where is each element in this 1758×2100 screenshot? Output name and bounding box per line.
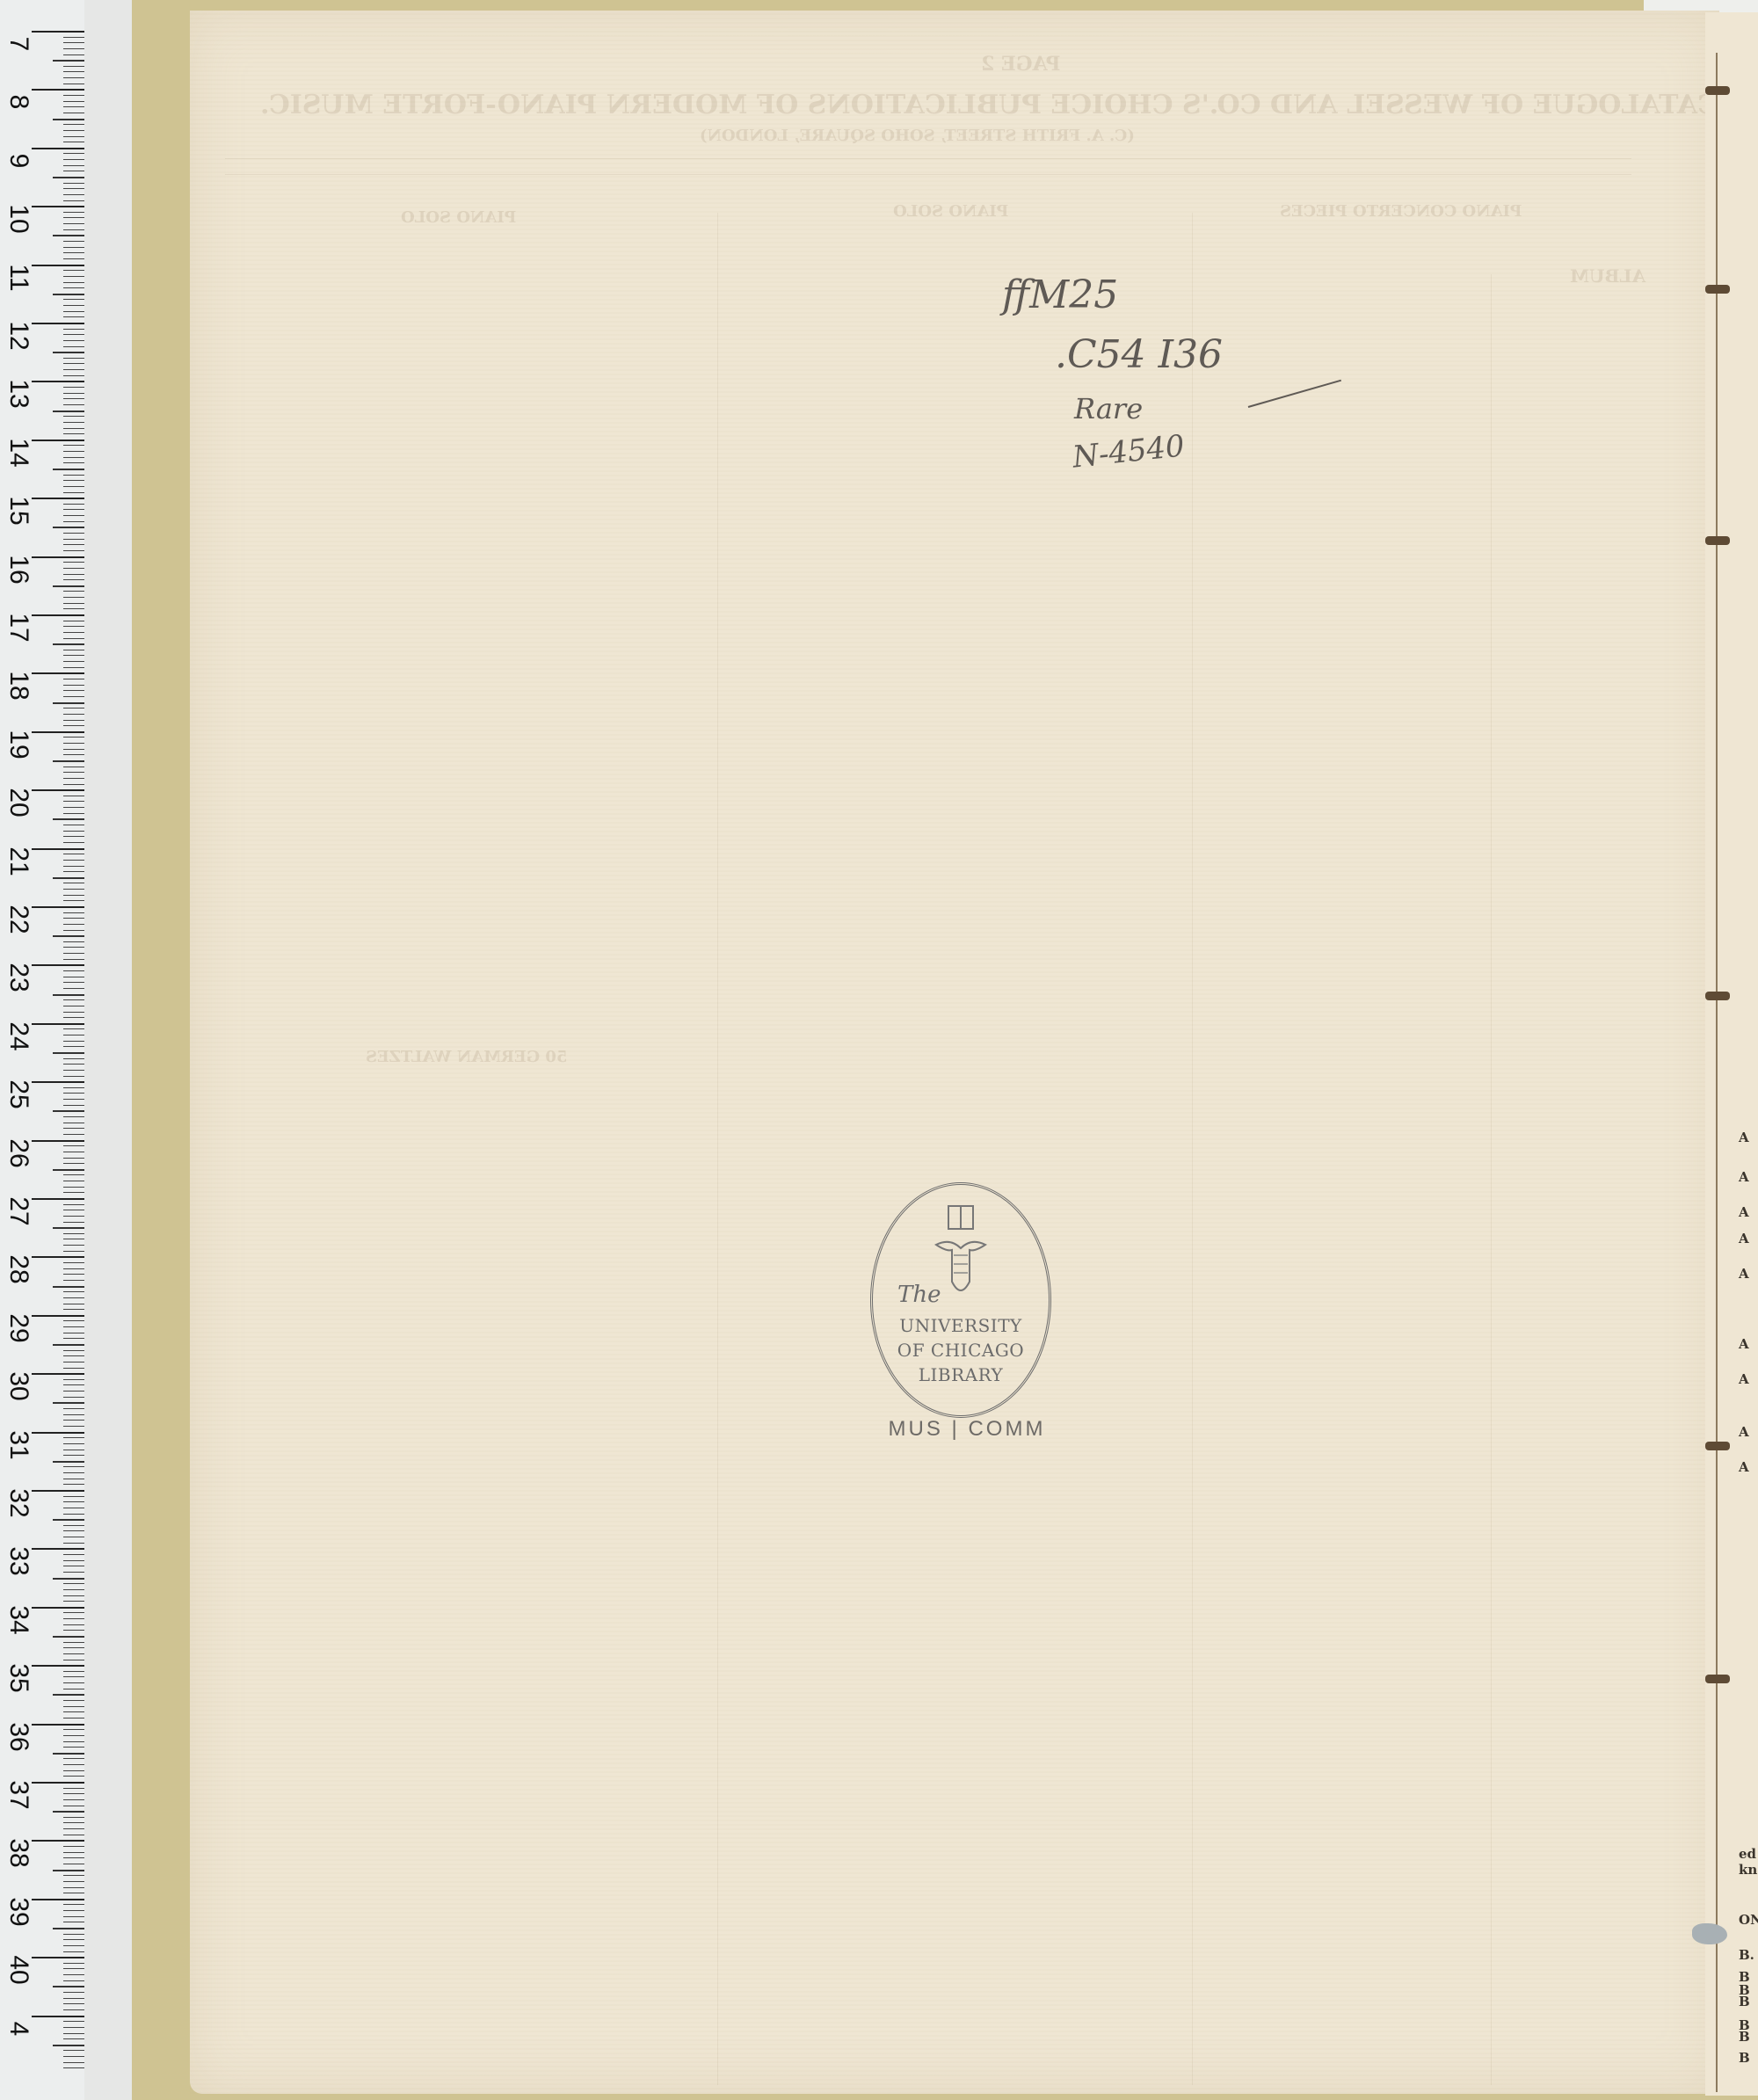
ruler-minor-tick	[63, 1233, 84, 1234]
ruler-minor-tick	[63, 106, 84, 107]
ruler-minor-tick	[63, 1910, 84, 1911]
ruler-minor-tick	[63, 1239, 84, 1239]
bleed-col3-heading: PIANO CONCERTO PIECES	[1280, 202, 1522, 221]
staple-icon	[1705, 86, 1730, 95]
stamp-library-text: LIBRARY	[873, 1364, 1049, 1385]
ruler-major-tick	[32, 906, 84, 908]
ruler-major-tick	[32, 148, 84, 149]
ruler-minor-tick	[63, 153, 84, 154]
ruler-minor-tick	[63, 445, 84, 446]
ruler-minor-tick	[63, 1980, 84, 1981]
ruler-minor-tick	[63, 247, 84, 248]
ruler-minor-tick	[63, 737, 84, 738]
adjacent-page-fragment: A	[1739, 1424, 1749, 1440]
ruler-minor-tick	[63, 1479, 84, 1479]
ruler-minor-tick	[63, 626, 84, 627]
call-number-line3: Rare	[1074, 392, 1143, 425]
ruler-minor-tick	[63, 650, 84, 650]
ruler-minor-tick	[63, 772, 84, 773]
ruler-minor-tick	[63, 1857, 84, 1858]
ruler-minor-tick	[63, 767, 84, 767]
ruler-minor-tick	[63, 398, 84, 399]
ruler-number: 12	[4, 321, 33, 351]
ruler-major-tick	[32, 1373, 84, 1375]
ruler-minor-tick	[63, 95, 84, 96]
ruler-minor-tick	[63, 1951, 84, 1952]
ruler-minor-tick	[63, 276, 84, 277]
ruler-minor-tick	[63, 550, 84, 551]
ruler-minor-tick	[63, 1274, 84, 1275]
ruler-major-tick	[32, 964, 84, 966]
staple-icon	[1705, 285, 1730, 294]
ruler-minor-tick	[63, 2009, 84, 2010]
ruler-minor-tick	[63, 854, 84, 854]
ruler-minor-tick	[63, 1192, 84, 1193]
ruler-number: 31	[4, 1430, 33, 1460]
ruler-minor-tick	[63, 217, 84, 218]
ruler-minor-tick	[63, 258, 84, 259]
ruler-minor-tick	[63, 941, 84, 942]
ruler-minor-tick	[63, 1741, 84, 1742]
ruler-minor-tick	[63, 813, 84, 814]
ruler-major-tick	[32, 2016, 84, 2017]
ruler-minor-tick	[63, 1566, 84, 1566]
ruler-minor-tick	[63, 1963, 84, 1964]
ruler-minor-tick	[53, 1986, 84, 1987]
ruler-minor-tick	[63, 305, 84, 306]
ruler-minor-tick	[63, 1514, 84, 1515]
ruler-major-tick	[32, 1081, 84, 1083]
ruler-minor-tick	[53, 818, 84, 820]
ruler-minor-tick	[63, 754, 84, 755]
ruler-minor-tick	[63, 918, 84, 919]
ruler-minor-tick	[53, 119, 84, 120]
ruler-minor-tick	[63, 159, 84, 160]
ruler-minor-tick	[63, 165, 84, 166]
staple-icon	[1705, 1675, 1730, 1683]
ruler-minor-tick	[63, 1041, 84, 1042]
ruler-minor-tick	[63, 1333, 84, 1333]
ruler-minor-tick	[63, 334, 84, 335]
ruler-minor-tick	[63, 212, 84, 213]
ruler-minor-tick	[63, 1554, 84, 1555]
ruler-minor-tick	[63, 252, 84, 253]
binding-spine	[1705, 12, 1758, 2096]
ruler-minor-tick	[53, 702, 84, 704]
ruler-minor-tick	[53, 1227, 84, 1229]
ruler-minor-tick	[63, 1998, 84, 1999]
ruler-minor-tick	[63, 316, 84, 317]
ruler-minor-tick	[53, 1344, 84, 1346]
ruler-minor-tick	[53, 585, 84, 587]
ruler-major-tick	[32, 556, 84, 558]
ruler-minor-tick	[63, 1922, 84, 1922]
ruler-minor-tick	[63, 1793, 84, 1794]
bleed-column-rule	[1192, 213, 1193, 2085]
adjacent-page-fragment: A	[1739, 1169, 1749, 1185]
ruler-minor-tick	[63, 807, 84, 808]
ruler-number: 21	[4, 847, 33, 876]
ruler-number: 18	[4, 671, 33, 701]
ruler-minor-tick	[63, 1530, 84, 1531]
ruler-minor-tick	[63, 2033, 84, 2034]
ruler-minor-tick	[63, 229, 84, 230]
adjacent-page-fragment: kn	[1739, 1862, 1757, 1878]
ruler-major-tick	[32, 1724, 84, 1726]
ruler-minor-tick	[63, 1893, 84, 1893]
ruler-minor-tick	[63, 422, 84, 423]
ruler-minor-tick	[63, 959, 84, 960]
ruler-minor-tick	[63, 1017, 84, 1018]
ruler-minor-tick	[63, 1070, 84, 1071]
ruler-minor-tick	[63, 1163, 84, 1164]
ruler-minor-tick	[63, 223, 84, 224]
ruler-minor-tick	[63, 562, 84, 563]
ruler-number: 4	[4, 2014, 33, 2044]
ruler-number: 16	[4, 555, 33, 585]
ruler-minor-tick	[63, 1776, 84, 1777]
ruler-minor-tick	[63, 369, 84, 370]
ruler-minor-tick	[63, 900, 84, 901]
ruler-minor-tick	[63, 1572, 84, 1573]
ruler-number: 37	[4, 1780, 33, 1810]
ruler-minor-tick	[63, 632, 84, 633]
ruler-number: 34	[4, 1605, 33, 1635]
ruler-major-tick	[32, 498, 84, 499]
ruler-minor-tick	[63, 714, 84, 715]
ruler-minor-tick	[63, 1706, 84, 1707]
ruler-minor-tick	[63, 1881, 84, 1882]
ruler-minor-tick	[63, 574, 84, 575]
adjacent-page-fragment: B	[1739, 2029, 1750, 2045]
ruler-number: 32	[4, 1488, 33, 1518]
ruler-minor-tick	[63, 1046, 84, 1047]
ruler-minor-tick	[63, 1397, 84, 1398]
ruler-minor-tick	[63, 101, 84, 102]
ruler-minor-tick	[63, 130, 84, 131]
ruler-minor-tick	[63, 42, 84, 43]
staple-icon	[1705, 536, 1730, 545]
ruler-number: 25	[4, 1079, 33, 1109]
ruler-major-tick	[32, 1023, 84, 1025]
ruler-minor-tick	[63, 1939, 84, 1940]
measuring-ruler: 7891011121314151617181920212223242526272…	[0, 0, 86, 2100]
ruler-minor-tick	[63, 1508, 84, 1508]
ruler-minor-tick	[63, 433, 84, 434]
ruler-minor-tick	[63, 363, 84, 364]
ruler-major-tick	[32, 1899, 84, 1900]
ruler-minor-tick	[63, 930, 84, 931]
ruler-number: 7	[4, 29, 33, 59]
ruler-minor-tick	[63, 1304, 84, 1304]
ruler-minor-tick	[53, 411, 84, 412]
ruler-minor-tick	[63, 1379, 84, 1380]
ruler-minor-tick	[53, 1461, 84, 1463]
adjacent-page-fragment: B	[1739, 1994, 1750, 2009]
call-number-line2: .C54 I36	[1055, 332, 1223, 377]
ruler-minor-tick	[53, 294, 84, 295]
ruler-minor-tick	[63, 124, 84, 125]
ruler-major-tick	[32, 1315, 84, 1317]
ruler-minor-tick	[53, 1928, 84, 1929]
stamp-the-text: The	[897, 1282, 941, 1308]
ruler-minor-tick	[63, 393, 84, 394]
ruler-minor-tick	[63, 696, 84, 697]
ruler-number: 40	[4, 1955, 33, 1985]
ruler-minor-tick	[63, 603, 84, 604]
collection-note: MUS | COMM	[870, 1417, 1064, 1442]
ruler-minor-tick	[63, 1612, 84, 1613]
ruler-minor-tick	[63, 1525, 84, 1526]
ruler-minor-tick	[63, 539, 84, 540]
ruler-minor-tick	[63, 480, 84, 481]
ruler-minor-tick	[63, 1864, 84, 1864]
ruler-minor-tick	[63, 1601, 84, 1602]
ruler-minor-tick	[63, 1158, 84, 1159]
ruler-major-tick	[32, 1198, 84, 1200]
ruler-number: 39	[4, 1897, 33, 1927]
ruler-minor-tick	[63, 457, 84, 458]
ruler-minor-tick	[63, 84, 84, 84]
ruler-minor-tick	[63, 2056, 84, 2057]
ruler-minor-tick	[63, 2062, 84, 2063]
call-number-line1: ffM25	[1002, 272, 1118, 317]
ruler-minor-tick	[63, 194, 84, 195]
adjacent-page-fragment: A	[1739, 1336, 1749, 1352]
ruler-major-tick	[32, 1957, 84, 1958]
ruler-major-tick	[32, 1840, 84, 1842]
ruler-minor-tick	[63, 2050, 84, 2051]
ruler-major-tick	[32, 672, 84, 674]
bleed-header-line1: CATALOGUE OF WESSEL AND CO.'S CHOICE PUB…	[260, 90, 1718, 120]
ruler-minor-tick	[63, 509, 84, 510]
ruler-number: 14	[4, 438, 33, 468]
ruler-number: 8	[4, 87, 33, 117]
bleed-col2-heading: PIANO SOLO	[893, 202, 1008, 221]
ruler-major-tick	[32, 1548, 84, 1550]
ruler-major-tick	[32, 206, 84, 207]
ruler-minor-tick	[63, 1934, 84, 1935]
bleed-rule	[225, 158, 1631, 159]
ruler-minor-tick	[63, 299, 84, 300]
ruler-minor-tick	[63, 1764, 84, 1765]
ruler-minor-tick	[63, 451, 84, 452]
ruler-minor-tick	[63, 1123, 84, 1123]
ruler-minor-tick	[63, 667, 84, 668]
ruler-minor-tick	[53, 2045, 84, 2046]
ruler-minor-tick	[63, 1583, 84, 1584]
ruler-minor-tick	[63, 1472, 84, 1473]
ruler-minor-tick	[63, 866, 84, 867]
ruler-minor-tick	[63, 475, 84, 476]
ruler-minor-tick	[53, 1578, 84, 1580]
ruler-minor-tick	[63, 1245, 84, 1246]
bleed-album-heading: ALBUM	[1570, 265, 1645, 287]
ruler-minor-tick	[63, 831, 84, 832]
ruler-number: 24	[4, 1021, 33, 1051]
ruler-minor-tick	[63, 1280, 84, 1281]
adjacent-page-fragment: A	[1739, 1459, 1749, 1475]
ruler-number: 27	[4, 1196, 33, 1226]
ruler-minor-tick	[63, 1875, 84, 1876]
ruler-minor-tick	[63, 1653, 84, 1654]
ruler-major-tick	[32, 789, 84, 791]
ruler-minor-tick	[63, 947, 84, 948]
ruler-minor-tick	[53, 1811, 84, 1813]
ruler-minor-tick	[53, 527, 84, 528]
bleed-header-line2: (C. A. FRITH STREET, SOHO SQUARE, LONDON…	[700, 127, 1135, 145]
ruler-minor-tick	[63, 48, 84, 49]
ruler-minor-tick	[63, 1426, 84, 1427]
ruler-major-tick	[32, 1490, 84, 1492]
ruler-minor-tick	[63, 1647, 84, 1648]
ruler-minor-tick	[63, 1589, 84, 1590]
ruler-minor-tick	[63, 1384, 84, 1385]
ruler-minor-tick	[53, 469, 84, 470]
ruler-major-tick	[32, 323, 84, 324]
ruler-number: 10	[4, 204, 33, 234]
ruler-minor-tick	[63, 1012, 84, 1013]
ruler-minor-tick	[63, 1484, 84, 1485]
ruler-number: 22	[4, 905, 33, 934]
ruler-number: 33	[4, 1546, 33, 1576]
ruler-minor-tick	[63, 533, 84, 534]
ruler-minor-tick	[63, 1595, 84, 1596]
ruler-minor-tick	[63, 340, 84, 341]
ruler-number: 29	[4, 1313, 33, 1343]
ruler-minor-tick	[53, 1870, 84, 1871]
ruler-number: 38	[4, 1838, 33, 1868]
ruler-minor-tick	[63, 1297, 84, 1298]
ruler-minor-tick	[63, 1391, 84, 1392]
ruler-minor-tick	[63, 358, 84, 359]
ruler-minor-tick	[63, 1618, 84, 1619]
ruler-minor-tick	[53, 1169, 84, 1171]
ruler-minor-tick	[63, 1537, 84, 1537]
ruler-major-tick	[32, 1140, 84, 1142]
ruler-minor-tick	[63, 1846, 84, 1847]
ruler-minor-tick	[63, 1105, 84, 1106]
ruler-minor-tick	[63, 2067, 84, 2068]
ruler-minor-tick	[63, 1064, 84, 1065]
ruler-major-tick	[32, 381, 84, 382]
ruler-minor-tick	[63, 183, 84, 184]
phoenix-crest-icon	[934, 1203, 987, 1317]
ruler-major-tick	[32, 265, 84, 266]
ruler-minor-tick	[63, 346, 84, 347]
ruler-minor-tick	[63, 1408, 84, 1409]
ruler-minor-tick	[53, 352, 84, 353]
ruler-major-tick	[32, 1432, 84, 1434]
ruler-number: 17	[4, 613, 33, 643]
ruler-minor-tick	[63, 1338, 84, 1339]
ruler-minor-tick	[63, 982, 84, 983]
ruler-minor-tick	[63, 387, 84, 388]
ruler-minor-tick	[63, 1735, 84, 1736]
ruler-minor-tick	[63, 953, 84, 954]
ruler-minor-tick	[63, 725, 84, 726]
ruler-minor-tick	[63, 113, 84, 113]
adjacent-page-fragment: B	[1739, 2050, 1750, 2066]
bleed-col1-heading: PIANO SOLO	[401, 208, 516, 227]
ruler-minor-tick	[63, 2021, 84, 2022]
ruler-minor-tick	[63, 1496, 84, 1497]
ruler-minor-tick	[53, 643, 84, 645]
ruler-minor-tick	[63, 1222, 84, 1223]
ruler-number: 35	[4, 1663, 33, 1693]
ruler-minor-tick	[63, 1852, 84, 1853]
ruler-major-tick	[32, 89, 84, 91]
bleed-column-rule	[1491, 274, 1492, 2085]
ruler-minor-tick	[63, 743, 84, 744]
ruler-minor-tick	[63, 1501, 84, 1502]
ruler-minor-tick	[63, 37, 84, 38]
ruler-minor-tick	[63, 591, 84, 592]
ruler-minor-tick	[63, 796, 84, 796]
ruler-minor-tick	[63, 66, 84, 67]
ruler-minor-tick	[63, 1543, 84, 1544]
ruler-minor-tick	[53, 1636, 84, 1638]
ruler-minor-tick	[63, 1268, 84, 1269]
ruler-minor-tick	[63, 1309, 84, 1310]
ruler-minor-tick	[63, 428, 84, 429]
ruler-minor-tick	[63, 568, 84, 569]
ruler-minor-tick	[63, 1152, 84, 1152]
ruler-minor-tick	[63, 708, 84, 708]
ruler-number: 13	[4, 379, 33, 409]
ruler-minor-tick	[63, 1455, 84, 1456]
ruler-minor-tick	[63, 1968, 84, 1969]
ruler-number: 23	[4, 963, 33, 992]
adjacent-page-fragment: A	[1739, 1204, 1749, 1220]
ruler-minor-tick	[63, 1671, 84, 1672]
ruler-minor-tick	[63, 270, 84, 271]
ruler-minor-tick	[63, 1822, 84, 1823]
ruler-number: 15	[4, 496, 33, 526]
ruler-minor-tick	[63, 1788, 84, 1789]
ruler-minor-tick	[63, 1320, 84, 1321]
ruler-minor-tick	[63, 462, 84, 463]
ruler-number: 9	[4, 146, 33, 176]
ruler-minor-tick	[63, 778, 84, 779]
ruler-minor-tick	[63, 1181, 84, 1181]
ruler-minor-tick	[63, 1443, 84, 1444]
ruler-minor-tick	[63, 1058, 84, 1059]
ruler-minor-tick	[63, 988, 84, 989]
ruler-minor-tick	[63, 749, 84, 750]
ruler-minor-tick	[53, 1753, 84, 1755]
ruler-minor-tick	[63, 521, 84, 522]
ruler-minor-tick	[63, 1817, 84, 1818]
ruler-minor-tick	[63, 1116, 84, 1117]
ruler-minor-tick	[63, 720, 84, 721]
ruler-minor-tick	[63, 1006, 84, 1006]
ruler-minor-tick	[63, 1828, 84, 1829]
ruler-minor-tick	[63, 1076, 84, 1077]
ruler-minor-tick	[63, 1368, 84, 1369]
ruler-minor-tick	[63, 1420, 84, 1421]
ruler-minor-tick	[63, 1689, 84, 1689]
ruler-minor-tick	[63, 1682, 84, 1683]
ruler-minor-tick	[53, 1052, 84, 1054]
ruler-minor-tick	[63, 1414, 84, 1415]
ruler-minor-tick	[63, 1806, 84, 1806]
ruler-minor-tick	[63, 1326, 84, 1327]
ruler-minor-tick	[53, 935, 84, 937]
ruler-minor-tick	[63, 1887, 84, 1888]
ruler-minor-tick	[63, 621, 84, 621]
spine-fold-line	[1716, 53, 1718, 2092]
